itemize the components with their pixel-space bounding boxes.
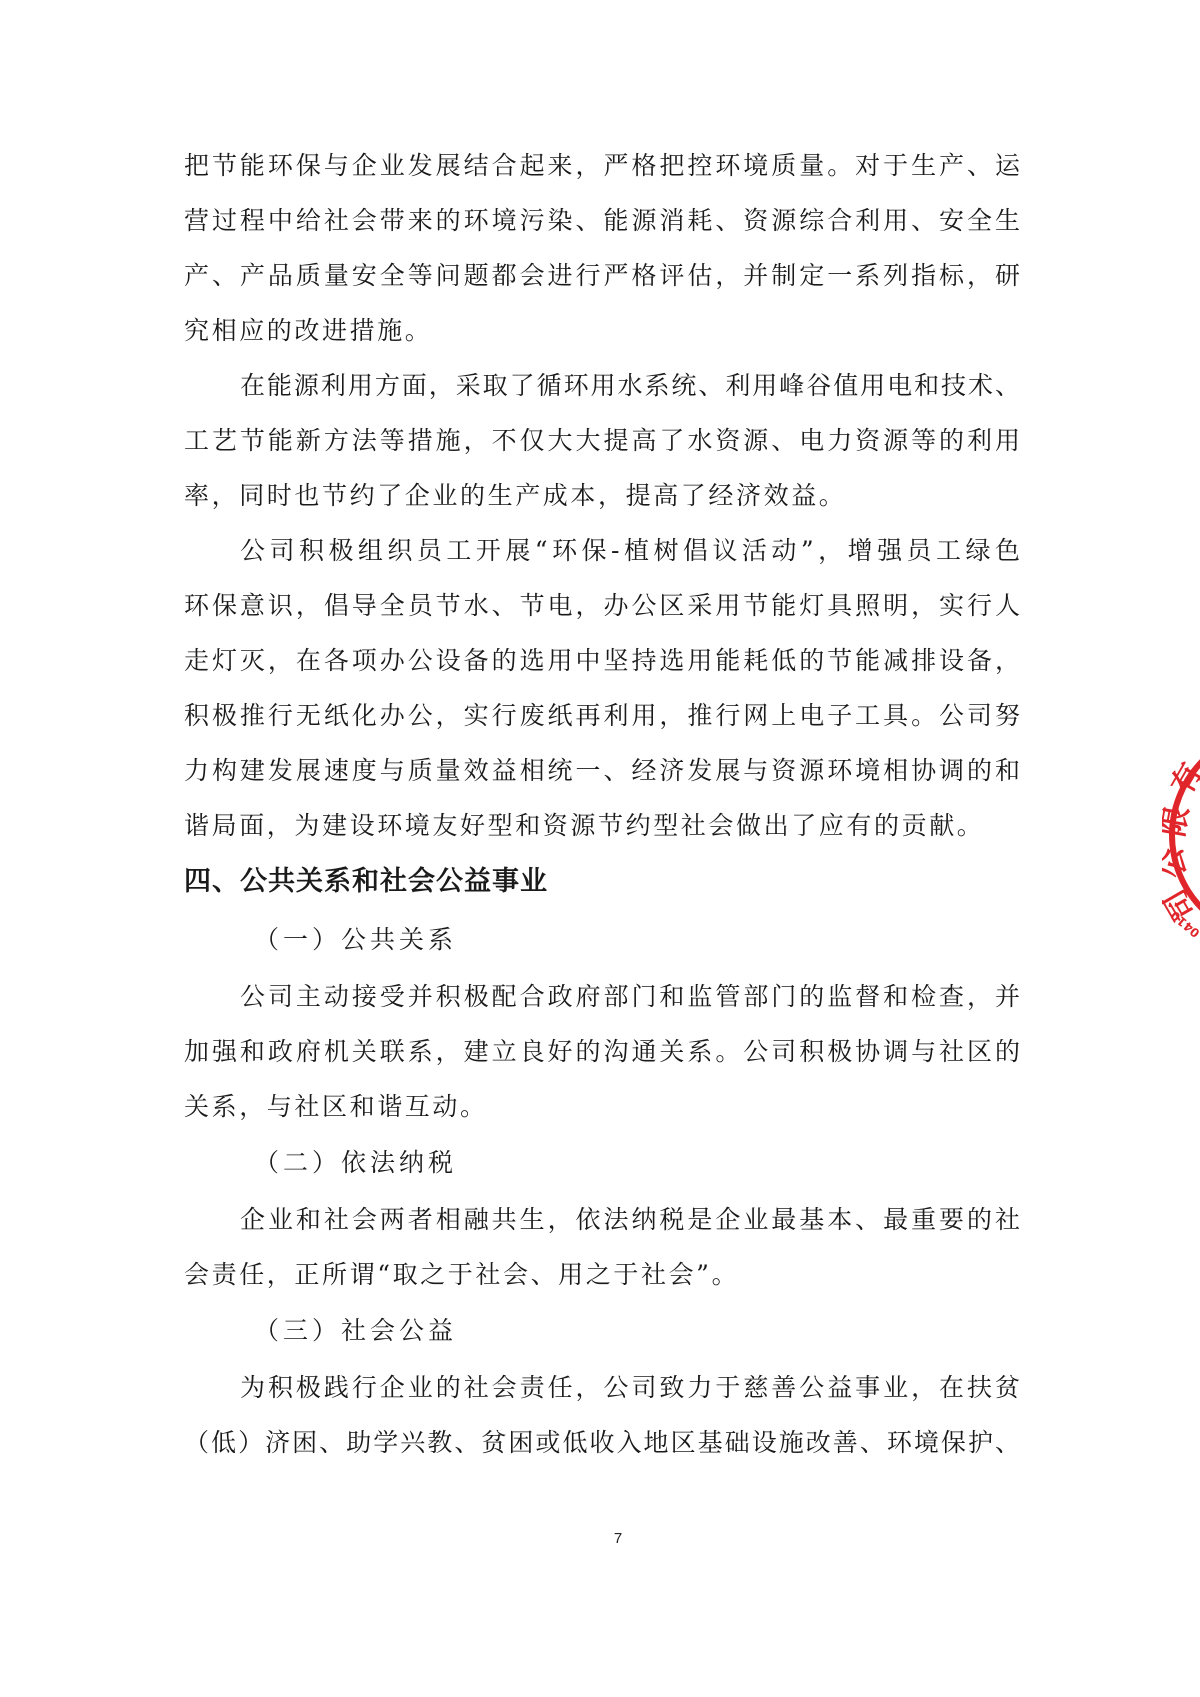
svg-text:限: 限 — [1162, 804, 1196, 840]
paragraph: 在能源利用方面，采取了循环用水系统、利用峰谷值用电和技术、工艺节能新方法等措施，… — [184, 358, 1020, 523]
subsection-heading: （一）公共关系 — [184, 911, 1020, 969]
text-line: 走灯灭，在各项办公设备的选用中坚持选用能耗低的节能减排设备， — [184, 633, 1020, 688]
text-line: （低）济困、助学兴教、贫困或低收入地区基础设施改善、环境保护、 — [184, 1415, 1020, 1470]
paragraph: 把节能环保与企业发展结合起来，严格把控环境质量。对于生产、运营过程中给社会带来的… — [184, 138, 1020, 358]
text-line: 产、产品质量安全等问题都会进行严格评估，并制定一系列指标，研 — [184, 248, 1020, 303]
paragraph: 公司积极组织员工开展“环保-植树倡议活动”，增强员工绿色环保意识，倡导全员节水、… — [184, 523, 1020, 853]
text-line: 率，同时也节约了企业的生产成本，提高了经济效益。 — [184, 468, 1020, 523]
text-line: 把节能环保与企业发展结合起来，严格把控环境质量。对于生产、运 — [184, 138, 1020, 193]
text-line: 关系，与社区和谐互动。 — [184, 1079, 1020, 1134]
text-line: 力构建发展速度与质量效益相统一、经济发展与资源环境相协调的和 — [184, 743, 1020, 798]
text-line: 企业和社会两者相融共生，依法纳税是企业最基本、最重要的社 — [184, 1192, 1020, 1247]
text-line: 加强和政府机关联系，建立良好的沟通关系。公司积极协调与社区的 — [184, 1024, 1020, 1079]
text-line: 营过程中给社会带来的环境污染、能源消耗、资源综合利用、安全生 — [184, 193, 1020, 248]
text-line: 工艺节能新方法等措施，不仅大大提高了水资源、电力资源等的利用 — [184, 413, 1020, 468]
paragraph: 为积极践行企业的社会责任，公司致力于慈善公益事业，在扶贫（低）济困、助学兴教、贫… — [184, 1360, 1020, 1470]
section-heading: 四、公共关系和社会公益事业 — [184, 853, 1020, 911]
text-line: 究相应的改进措施。 — [184, 303, 1020, 358]
text-line: 环保意识，倡导全员节水、节电，办公区采用节能灯具照明，实行人 — [184, 578, 1020, 633]
subsection-heading: （二）依法纳税 — [184, 1134, 1020, 1192]
text-line: 积极推行无纸化办公，实行废纸再利用，推行网上电子工具。公司努 — [184, 688, 1020, 743]
svg-text:有: 有 — [1165, 757, 1200, 800]
text-line: 为积极践行企业的社会责任，公司致力于慈善公益事业，在扶贫 — [184, 1360, 1020, 1415]
page-number: 7 — [0, 1530, 1200, 1547]
text-line: 在能源利用方面，采取了循环用水系统、利用峰谷值用电和技术、 — [184, 358, 1020, 413]
company-seal-stamp: 有 限 公 司 0410 — [1162, 720, 1200, 950]
paragraph: 公司主动接受并积极配合政府部门和监管部门的监督和检查，并加强和政府机关联系，建立… — [184, 969, 1020, 1134]
subsection-heading: （三）社会公益 — [184, 1302, 1020, 1360]
document-page: 把节能环保与企业发展结合起来，严格把控环境质量。对于生产、运营过程中给社会带来的… — [184, 138, 1020, 1470]
text-line: 公司主动接受并积极配合政府部门和监管部门的监督和检查，并 — [184, 969, 1020, 1024]
text-line: 公司积极组织员工开展“环保-植树倡议活动”，增强员工绿色 — [184, 523, 1020, 578]
text-line: 谐局面，为建设环境友好型和资源节约型社会做出了应有的贡献。 — [184, 798, 1020, 853]
text-line: 会责任，正所谓“取之于社会、用之于社会”。 — [184, 1247, 1020, 1302]
paragraph: 企业和社会两者相融共生，依法纳税是企业最基本、最重要的社会责任，正所谓“取之于社… — [184, 1192, 1020, 1302]
svg-text:公: 公 — [1162, 845, 1193, 881]
